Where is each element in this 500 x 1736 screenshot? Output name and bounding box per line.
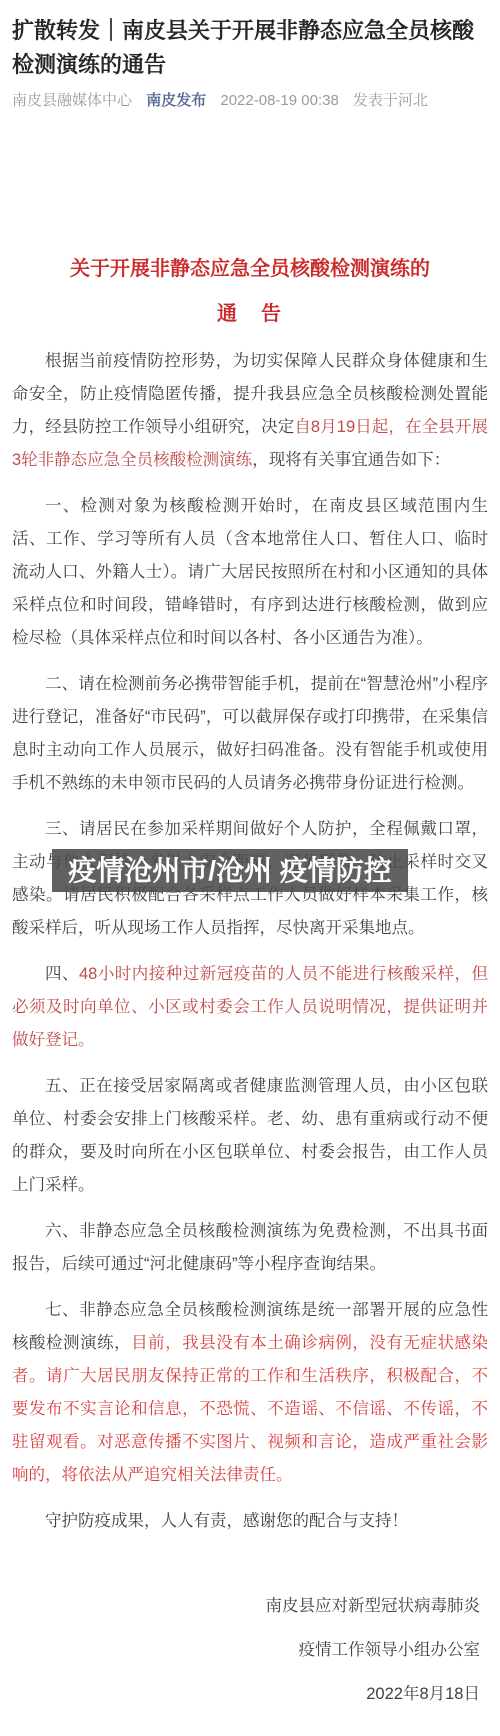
footer-line-org1: 南皮县应对新型冠状病毒肺炎 (12, 1584, 480, 1628)
footer-signature: 南皮县应对新型冠状病毒肺炎 疫情工作领导小组办公室 2022年8月18日 (12, 1584, 488, 1716)
text-segment: 48小时内接种过新冠疫苗的人员不能进行核酸采样，但必须及时向单位、小区或村委会工… (12, 965, 488, 1049)
notice-heading-line2: 通 告 (12, 299, 488, 329)
article-page: 扩散转发｜南皮县关于开展非静态应急全员核酸检测演练的通告 南皮县融媒体中心 南皮… (0, 0, 500, 1736)
text-segment: ，现将有关事宜通告如下： (252, 451, 450, 469)
notice-paragraph: 三、请居民在参加采样期间做好个人防护，全程佩戴口罩，主动与他人保持一米以上安全距… (12, 813, 488, 945)
notice-paragraph: 六、非静态应急全员核酸检测演练为免费检测，不出具书面报告，后续可通过“河北健康码… (12, 1215, 488, 1281)
text-segment: 守护防疫成果，人人有责，感谢您的配合与支持！ (45, 1512, 408, 1530)
notice-paragraph: 五、正在接受居家隔离或者健康监测管理人员，由小区包联单位、村委会安排上门核酸采样… (12, 1070, 488, 1202)
byline-timestamp: 2022-08-19 00:38 (220, 92, 338, 109)
notice-body: 根据当前疫情防控形势，为切实保障人民群众身体健康和生命安全，防止疫情隐匿传播，提… (12, 345, 488, 1538)
text-segment: 五、正在接受居家隔离或者健康监测管理人员，由小区包联单位、村委会安排上门核酸采样… (12, 1077, 488, 1194)
notice-heading-line1: 关于开展非静态应急全员核酸检测演练的 (12, 254, 488, 284)
footer-line-date: 2022年8月18日 (12, 1672, 480, 1716)
text-segment: 四、 (45, 965, 79, 983)
text-segment: 请广大居民朋友保持正常的工作和生活秩序，积极配合，不要发布不实言论和信息，不恐慌… (12, 1367, 488, 1484)
censor-watermark: 疫情沧州市/沧州 疫情防控 (52, 849, 408, 892)
page-title: 扩散转发｜南皮县关于开展非静态应急全员核酸检测演练的通告 (12, 14, 488, 82)
byline-location: 发表于河北 (353, 92, 428, 109)
notice-paragraph: 根据当前疫情防控形势，为切实保障人民群众身体健康和生命安全，防止疫情隐匿传播，提… (12, 345, 488, 477)
text-segment: 二、请在检测前务必携带智能手机，提前在“智慧沧州”小程序进行登记，准备好“市民码… (12, 675, 488, 792)
byline-source: 南皮县融媒体中心 (12, 92, 132, 109)
notice-paragraph: 一、检测对象为核酸检测开始时，在南皮县区域范围内生活、工作、学习等所有人员（含本… (12, 490, 488, 655)
notice-paragraph: 守护防疫成果，人人有责，感谢您的配合与支持！ (12, 1505, 488, 1538)
notice-paragraph: 四、48小时内接种过新冠疫苗的人员不能进行核酸采样，但必须及时向单位、小区或村委… (12, 958, 488, 1057)
notice-paragraph: 七、非静态应急全员核酸检测演练是统一部署开展的应急性核酸检测演练，目前，我县没有… (12, 1294, 488, 1492)
account-link[interactable]: 南皮发布 (146, 92, 206, 109)
notice-paragraph: 二、请在检测前务必携带智能手机，提前在“智慧沧州”小程序进行登记，准备好“市民码… (12, 668, 488, 800)
footer-line-org2: 疫情工作领导小组办公室 (12, 1628, 480, 1672)
text-segment: 一、检测对象为核酸检测开始时，在南皮县区域范围内生活、工作、学习等所有人员（含本… (12, 497, 488, 647)
byline: 南皮县融媒体中心 南皮发布 2022-08-19 00:38 发表于河北 (12, 90, 488, 112)
text-segment: 六、非静态应急全员核酸检测演练为免费检测，不出具书面报告，后续可通过“河北健康码… (12, 1222, 488, 1273)
